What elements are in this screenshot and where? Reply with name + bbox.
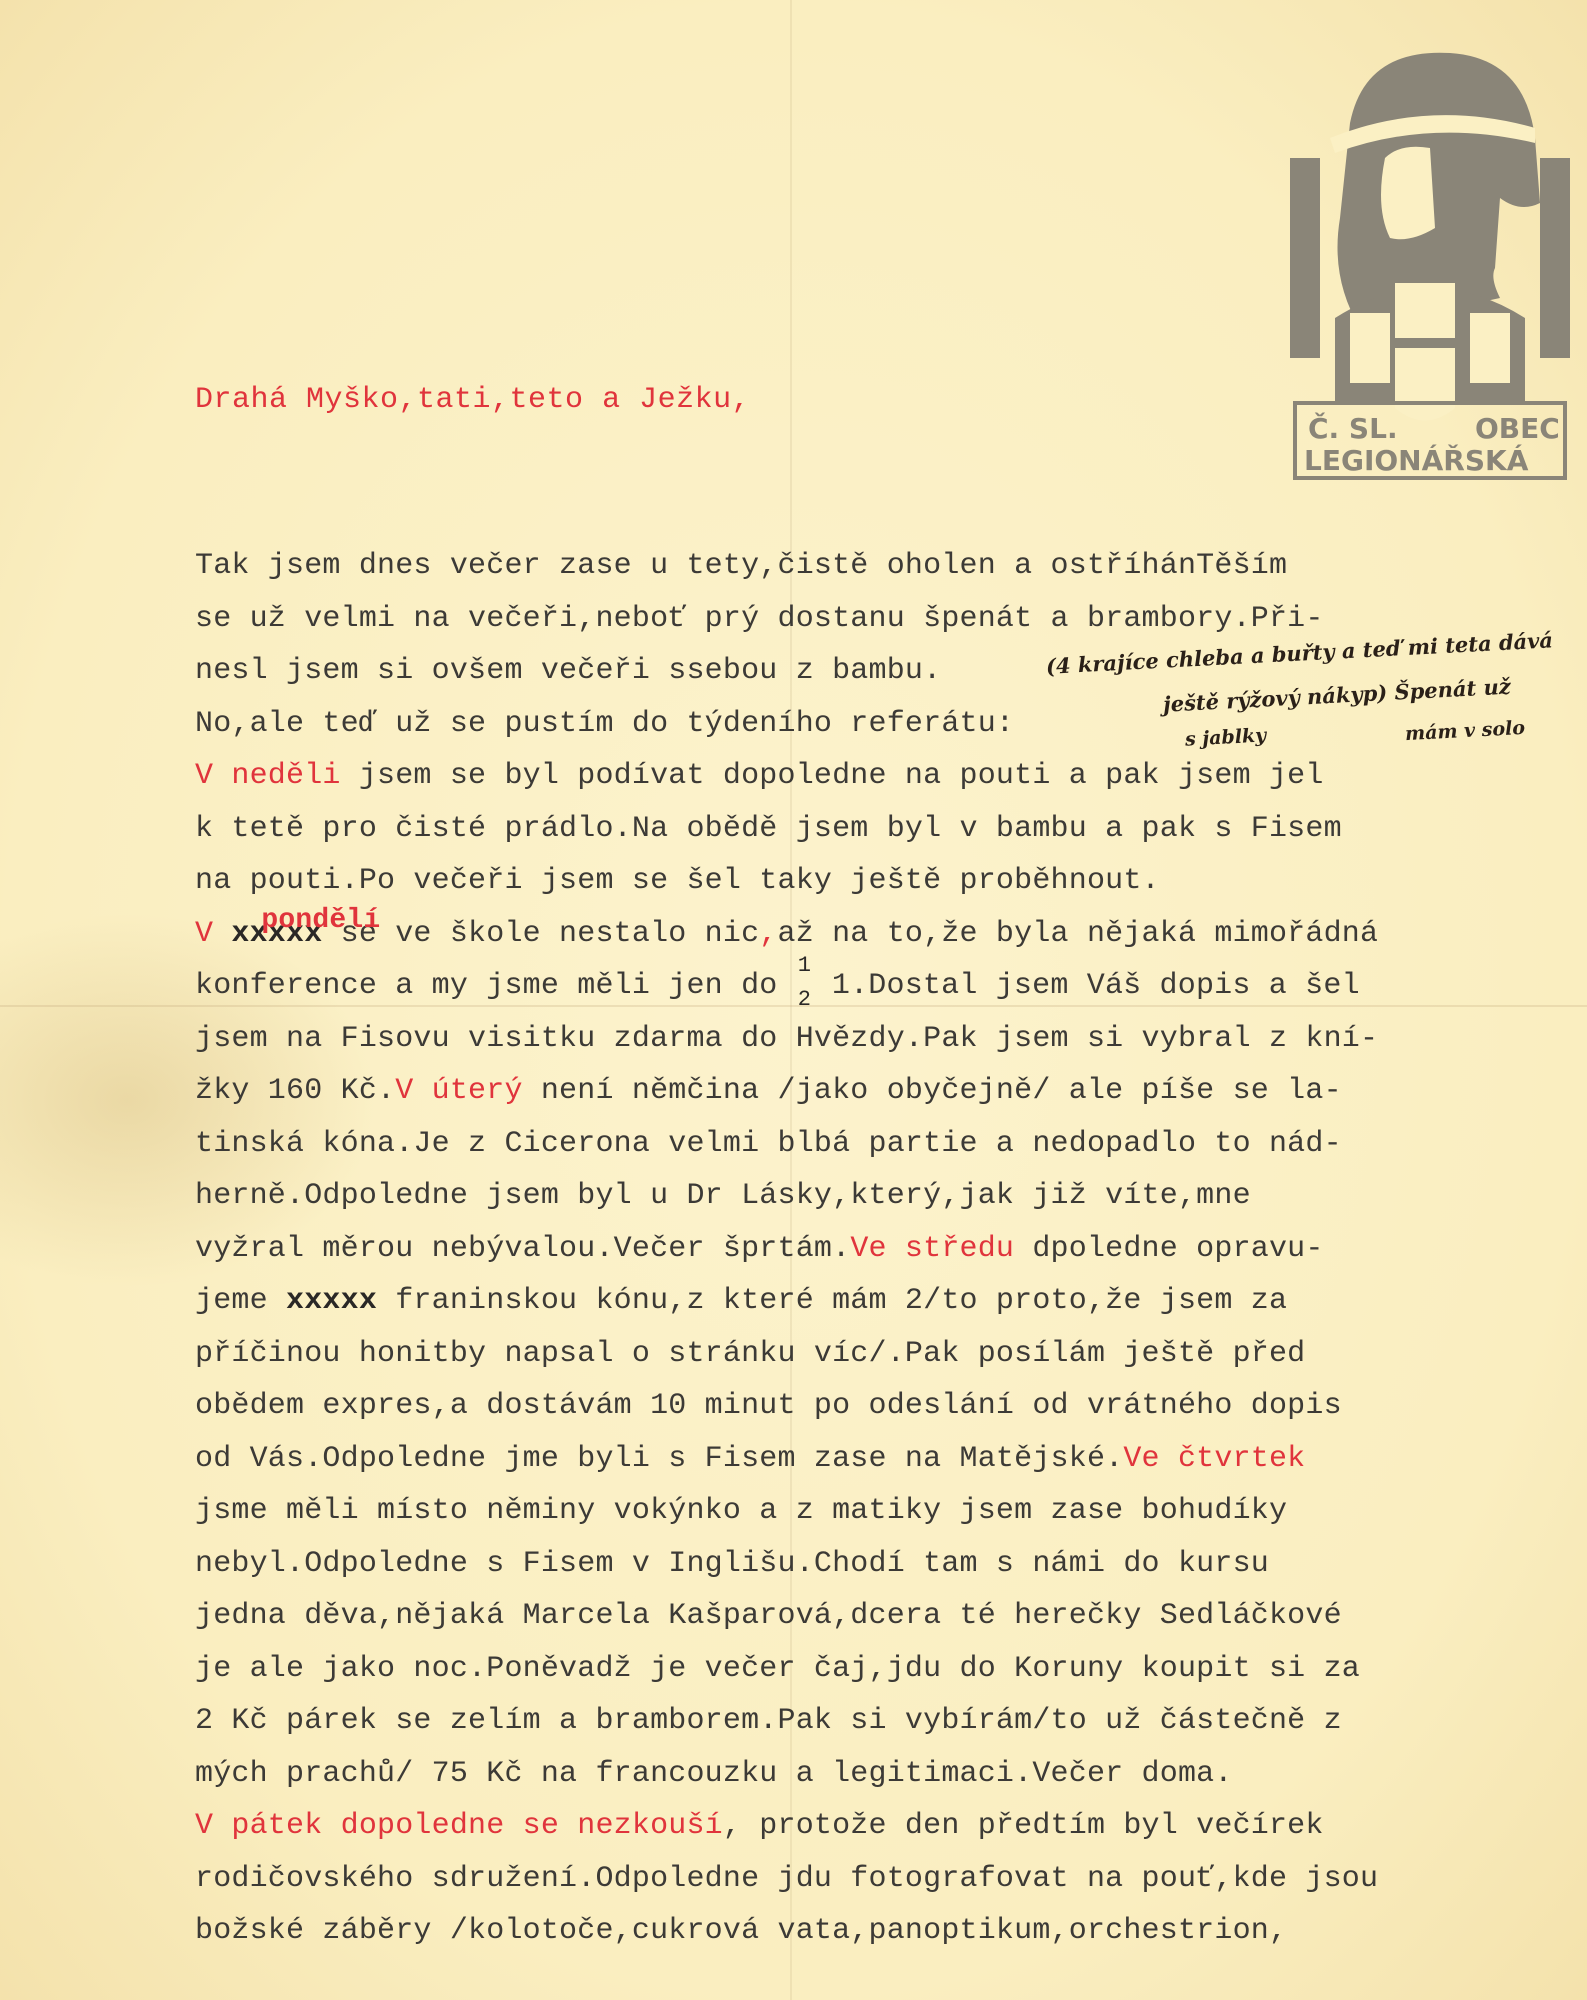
typed-text: rodičovského sdružení.Odpoledne jdu foto… [195, 1862, 1378, 1896]
red-highlight-text: V neděli [195, 759, 341, 793]
typed-line: herně.Odpoledne jsem byl u Dr Lásky,kter… [195, 1170, 1495, 1223]
typed-text: božské záběry /kolotoče,cukrová vata,pan… [195, 1914, 1287, 1948]
typed-line: od Vás.Odpoledne jme byli s Fisem zase n… [195, 1433, 1495, 1486]
struck-out-text: xxxxxpondělí [231, 917, 322, 951]
typed-text: franinskou kónu,z které mám 2/to proto,ž… [377, 1284, 1287, 1318]
typed-line: jeme xxxxx franinskou kónu,z které mám 2… [195, 1275, 1495, 1328]
red-highlight-text: Ve středu [850, 1232, 1014, 1266]
typed-line: jsme měli místo něminy vokýnko a z matik… [195, 1485, 1495, 1538]
typed-text: No,ale teď už se pustím do týdeního refe… [195, 707, 1014, 741]
typed-text: jsem na Fisovu visitku zdarma do Hvězdy.… [195, 1022, 1378, 1056]
typed-text: , protože den předtím byl večírek [723, 1809, 1324, 1843]
typed-line: božské záběry /kolotoče,cukrová vata,pan… [195, 1905, 1495, 1958]
typed-text: se ve škole nestalo nic [322, 917, 759, 951]
typed-line: příčinou honitby napsal o stránku víc/.P… [195, 1328, 1495, 1381]
typed-text: až na to,že byla nějaká mimořádná [778, 917, 1379, 951]
svg-text:OBEC: OBEC [1475, 412, 1560, 445]
typed-text: od Vás.Odpoledne jme byli s Fisem zase n… [195, 1442, 1123, 1476]
typed-line: jedna děva,nějaká Marcela Kašparová,dcer… [195, 1590, 1495, 1643]
typed-text: vyžral měrou nebývalou.Večer šprtám. [195, 1232, 850, 1266]
typed-text: jedna děva,nějaká Marcela Kašparová,dcer… [195, 1599, 1342, 1633]
typed-text: herně.Odpoledne jsem byl u Dr Lásky,kter… [195, 1179, 1251, 1213]
typed-text: na pouti.Po večeři jsem se šel taky ješt… [195, 864, 1160, 898]
red-highlight-text: Ve čtvrtek [1123, 1442, 1305, 1476]
typed-line: obědem expres,a dostávám 10 minut po ode… [195, 1380, 1495, 1433]
typed-text: nesl jsem si ovšem večeři ssebou z bambu… [195, 654, 941, 688]
typed-text: jeme [195, 1284, 286, 1318]
typed-line: žky 160 Kč.V úterý není němčina /jako ob… [195, 1065, 1495, 1118]
typed-text: žky 160 Kč. [195, 1074, 395, 1108]
typed-line: jsem na Fisovu visitku zdarma do Hvězdy.… [195, 1013, 1495, 1066]
typed-text: dpoledne opravu- [1014, 1232, 1323, 1266]
typed-text: 1.Dostal jsem Váš dopis a šel [814, 969, 1360, 1003]
typed-line: Tak jsem dnes večer zase u tety,čistě oh… [195, 540, 1495, 593]
typed-line: V neděli jsem se byl podívat dopoledne n… [195, 750, 1495, 803]
correction-above: pondělí [261, 895, 380, 948]
typed-text: jsem se byl podívat dopoledne na pouti a… [341, 759, 1324, 793]
typed-line: konference a my jsme měli jen do 12 1.Do… [195, 960, 1495, 1013]
svg-text:LEGIONÁŘSKÁ: LEGIONÁŘSKÁ [1304, 443, 1529, 477]
typed-line: nebyl.Odpoledne s Fisem v Inglišu.Chodí … [195, 1538, 1495, 1591]
red-highlight-text: V úterý [395, 1074, 522, 1108]
fraction-half: 12 [796, 960, 814, 1013]
typed-line: mých prachů/ 75 Kč na francouzku a legit… [195, 1748, 1495, 1801]
svg-text:Č. SL.: Č. SL. [1308, 411, 1398, 445]
typed-text: je ale jako noc.Poněvadž je večer čaj,jd… [195, 1652, 1360, 1686]
typed-text: k tetě pro čisté prádlo.Na obědě jsem by… [195, 812, 1342, 846]
typed-line: tinská kóna.Je z Cicerona velmi blbá par… [195, 1118, 1495, 1171]
typed-text: jsme měli místo něminy vokýnko a z matik… [195, 1494, 1287, 1528]
red-highlight-text: V pátek dopoledne se nezkouší [195, 1809, 723, 1843]
typed-text: obědem expres,a dostávám 10 minut po ode… [195, 1389, 1342, 1423]
typed-text: příčinou honitby napsal o stránku víc/.P… [195, 1337, 1305, 1371]
handwritten-line: s jablky [1184, 724, 1266, 750]
typed-text: mých prachů/ 75 Kč na francouzku a legit… [195, 1757, 1233, 1791]
typed-text: nebyl.Odpoledne s Fisem v Inglišu.Chodí … [195, 1547, 1269, 1581]
red-highlight-text: V [195, 917, 231, 951]
soldier-helmet-icon: Č. SL. OBEC LEGIONÁŘSKÁ [1290, 28, 1570, 483]
typed-text: konference a my jsme měli jen do [195, 969, 796, 1003]
typed-line: je ale jako noc.Poněvadž je večer čaj,jd… [195, 1643, 1495, 1696]
typed-line: 2 Kč párek se zelím a bramborem.Pak si v… [195, 1695, 1495, 1748]
red-highlight-text: , [759, 917, 777, 951]
typed-text: tinská kóna.Je z Cicerona velmi blbá par… [195, 1127, 1342, 1161]
typed-line: V xxxxxpondělí se ve škole nestalo nic,a… [195, 908, 1495, 961]
typed-text: se už velmi na večeři,neboť prý dostanu … [195, 602, 1324, 636]
typed-line: V pátek dopoledne se nezkouší, protože d… [195, 1800, 1495, 1853]
typed-line: se už velmi na večeři,neboť prý dostanu … [195, 593, 1495, 646]
typed-line: k tetě pro čisté prádlo.Na obědě jsem by… [195, 803, 1495, 856]
letter-body: Tak jsem dnes večer zase u tety,čistě oh… [195, 540, 1495, 1958]
typed-line: vyžral měrou nebývalou.Večer šprtám.Ve s… [195, 1223, 1495, 1276]
salutation: Drahá Myško,tati,teto a Ježku, [195, 383, 750, 417]
typed-text: není němčina /jako obyčejně/ ale píše se… [523, 1074, 1342, 1108]
typed-text: Tak jsem dnes večer zase u tety,čistě oh… [195, 549, 1287, 583]
typed-text: 2 Kč párek se zelím a bramborem.Pak si v… [195, 1704, 1342, 1738]
legion-emblem-logo: Č. SL. OBEC LEGIONÁŘSKÁ [1290, 28, 1570, 483]
typed-line: na pouti.Po večeři jsem se šel taky ješt… [195, 855, 1495, 908]
typed-line: rodičovského sdružení.Odpoledne jdu foto… [195, 1853, 1495, 1906]
struck-out-text: xxxxx [286, 1284, 377, 1318]
